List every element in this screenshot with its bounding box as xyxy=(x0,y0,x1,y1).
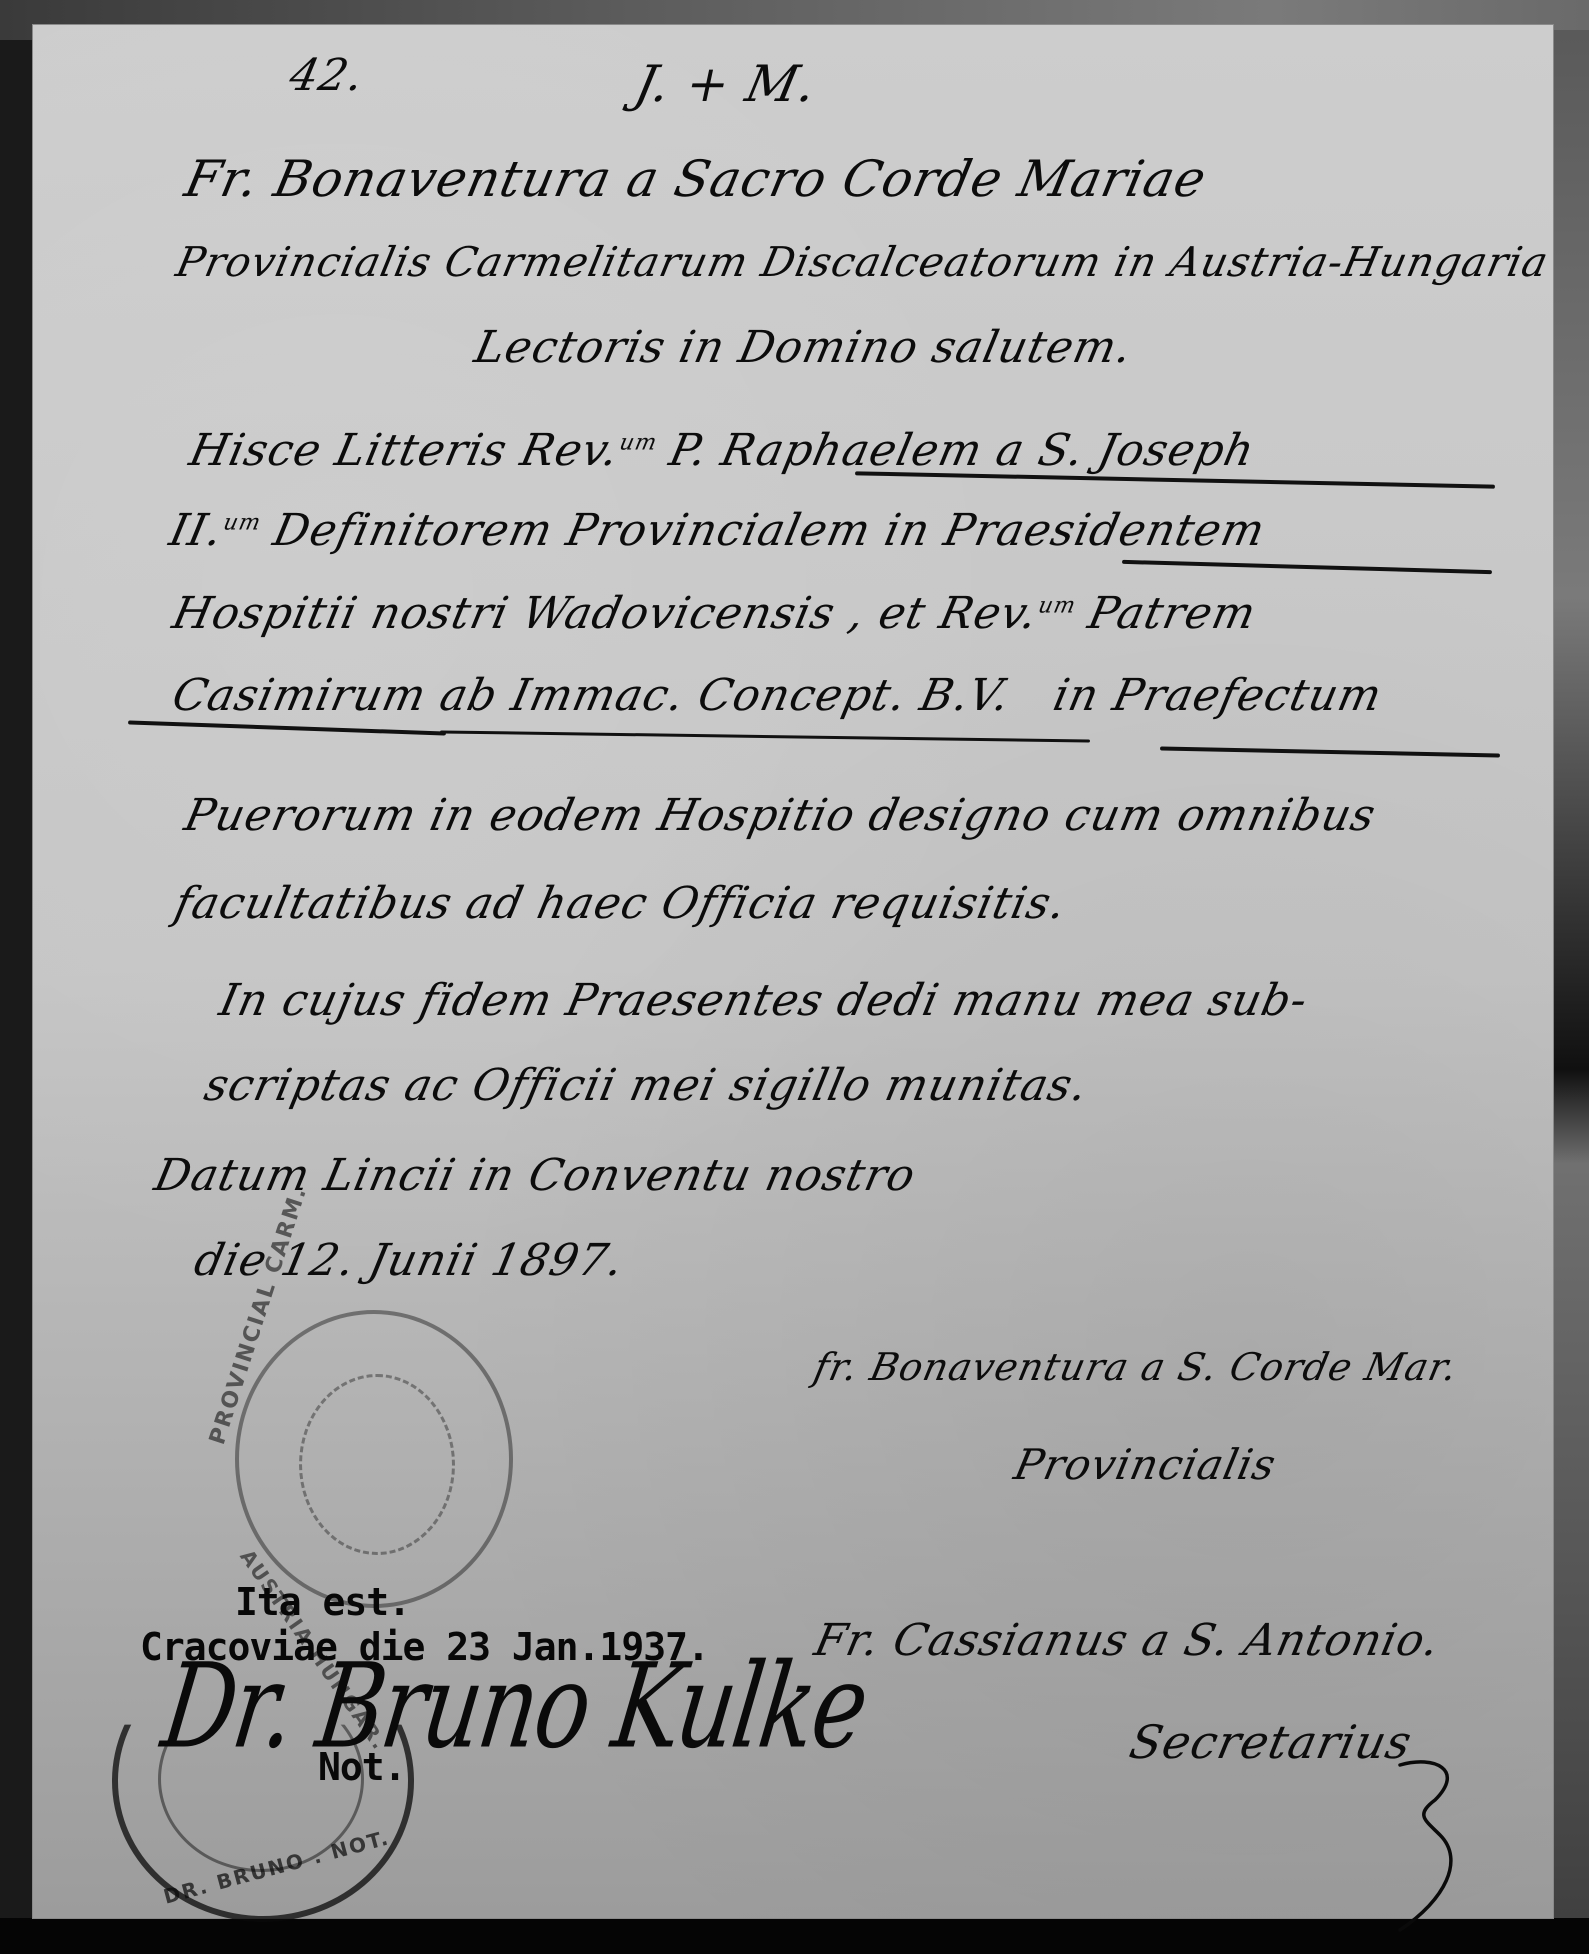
invocation: J. + M. xyxy=(630,55,822,113)
superscript: um xyxy=(1036,593,1078,618)
body-line-2-text-b: Definitorem Provincialem in xyxy=(269,505,935,556)
notary-title: Not. xyxy=(318,1745,406,1789)
ita-est: Ita est. xyxy=(235,1580,410,1624)
seal-inner-ring xyxy=(299,1374,455,1555)
page-number: 42. xyxy=(285,50,369,101)
body-line-3: Hospitii nostri Wadovicensis , et Rev.um… xyxy=(168,588,1261,639)
provincial-signature: fr. Bonaventura a S. Corde Mar. xyxy=(810,1345,1462,1389)
body-line-2: II.um Definitorem Provincialem in Praesi… xyxy=(165,505,1270,556)
notary-signature: Dr. Bruno Kulke xyxy=(155,1639,874,1776)
photo-backdrop-right xyxy=(1549,30,1589,1920)
body-line-1: Hisce Litteris Rev.um P. Raphaelem a S. … xyxy=(185,425,1259,476)
name-raphael: P. Raphaelem a S. Joseph xyxy=(665,425,1259,476)
role-praesidentem: Praesidentem xyxy=(939,505,1269,556)
header-line-1: Fr. Bonaventura a Sacro Corde Mariae xyxy=(180,150,1212,208)
body-line-6: facultatibus ad haec Officia requisitis. xyxy=(170,878,1071,929)
provincial-seal-stamp xyxy=(235,1310,513,1608)
secretary-signature: Fr. Cassianus a S. Antonio. xyxy=(810,1615,1444,1666)
body-line-3-text-b: Patrem xyxy=(1084,588,1261,639)
photo-backdrop-bottom xyxy=(0,1918,1589,1954)
superscript: um xyxy=(221,510,263,535)
name-casimirum: Casimirum ab Immac. Concept. B.V. xyxy=(168,670,1015,721)
body-line-9: Datum Lincii in Conventu nostro xyxy=(150,1150,920,1201)
body-line-1-text-a: Hisce Litteris Rev. xyxy=(185,425,624,476)
secretary-title: Secretarius xyxy=(1125,1715,1417,1769)
signature-flourish-icon xyxy=(1395,1760,1495,1940)
header-line-2: Provincialis Carmelitarum Discalceatorum… xyxy=(172,238,1553,286)
body-line-8: scriptas ac Officii mei sigillo munitas. xyxy=(200,1060,1092,1111)
superscript: um xyxy=(617,430,659,455)
role-praefectum: in Praefectum xyxy=(1049,670,1387,721)
body-line-10-date: die 12. Junii 1897. xyxy=(190,1235,628,1286)
body-line-2-text-a: II. xyxy=(165,505,228,556)
body-line-4: Casimirum ab Immac. Concept. B.V. in Pra… xyxy=(168,670,1387,721)
body-line-5: Puerorum in eodem Hospitio designo cum o… xyxy=(180,790,1380,841)
body-line-7: In cujus fidem Praesentes dedi manu mea … xyxy=(215,975,1312,1026)
header-line-3: Lectoris in Domino salutem. xyxy=(470,322,1137,373)
body-line-3-text-a: Hospitii nostri Wadovicensis , et Rev. xyxy=(168,588,1042,639)
provincial-title: Provincialis xyxy=(1010,1440,1281,1489)
